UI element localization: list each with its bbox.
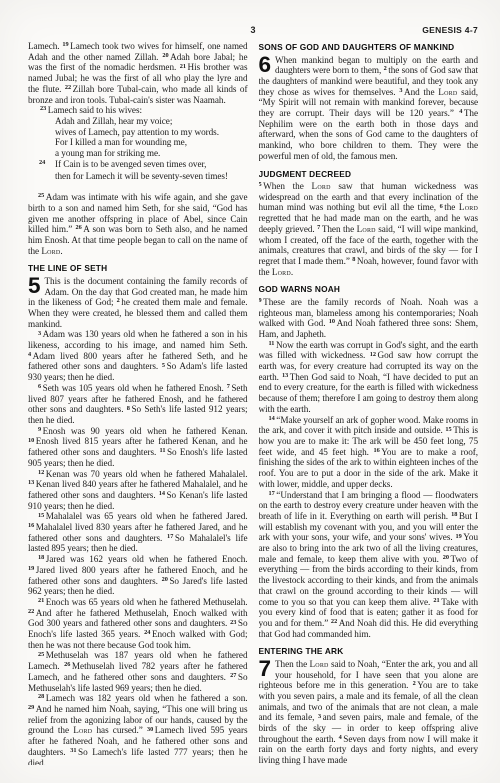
verse-number: 5 [162, 362, 165, 369]
verse-number: 8 [127, 405, 130, 412]
verse-number: 14 [159, 490, 165, 497]
verse-number: 20 [162, 576, 168, 583]
running-header: 3 GENESIS 4-7 [28, 24, 478, 36]
verse-number: 24 [144, 629, 150, 636]
verse-number: 11 [160, 447, 166, 454]
paragraph: 5When the Lord saw that human wickedness… [259, 181, 479, 277]
running-head-title: GENESIS 4-7 [422, 24, 478, 36]
poetry-line: For I killed a man for wounding me, [28, 137, 248, 148]
left-column: Lamech. 19Lamech took two wives for hims… [28, 41, 248, 765]
poetry-line: then for Lamech it will be seventy-seven… [28, 171, 248, 182]
poetry-line: Adah and Zillah, hear my voice; [28, 116, 248, 127]
paragraph: 12Kenan was 70 years old when he fathere… [28, 469, 248, 512]
verse-number: 27 [230, 672, 236, 679]
divine-name: Lord [73, 725, 92, 735]
verse-number: 17 [269, 490, 275, 497]
paragraph: 28Lamech was 182 years old when he fathe… [28, 693, 248, 765]
verse-number: 31 [70, 747, 76, 754]
verse-number: 18 [38, 554, 44, 561]
verse-number: 6 [440, 203, 443, 210]
paragraph: 14“Make yourself an ark of gopher wood. … [259, 415, 479, 490]
section-heading: SONS OF GOD AND DAUGHTERS OF MANKIND [259, 42, 479, 52]
verse-number: 16 [28, 522, 34, 529]
verse-number: 12 [38, 469, 44, 476]
chapter-number: 7 [259, 660, 271, 678]
verse-number: 12 [370, 351, 376, 358]
verse-number: 15 [445, 426, 451, 433]
text-columns: Lamech. 19Lamech took two wives for hims… [28, 41, 478, 765]
verse-number: 20 [443, 554, 449, 561]
verse-number: 23 [230, 619, 236, 626]
paragraph: 11Now the earth was corrupt in God's sig… [259, 340, 479, 415]
chapter-paragraph: 5This is the document containing the fam… [28, 276, 248, 330]
verse-number: 26 [75, 224, 81, 231]
verse-number: 21 [433, 597, 439, 604]
divine-name: Lord [357, 224, 376, 234]
poetry-line: 23Lamech said to his wives: [28, 105, 248, 116]
divine-name: Lord [459, 202, 478, 212]
chapter-number: 5 [28, 277, 40, 295]
verse-number: 4 [459, 108, 462, 115]
verse-number: 26 [64, 661, 70, 668]
verse-number: 9 [38, 426, 41, 433]
section-heading: THE LINE OF SETH [28, 263, 248, 273]
verse-number: 6 [38, 383, 41, 390]
verse-number: 20 [162, 52, 168, 59]
verse-number: 19 [62, 41, 68, 48]
paragraph: 15Mahalalel was 65 years old when he fat… [28, 511, 248, 554]
chapter-paragraph: 7Then the Lord said to Noah, “Enter the … [259, 659, 479, 765]
divine-name: Lord [310, 659, 329, 669]
verse-number: 2 [117, 297, 120, 304]
paragraph: Lamech. 19Lamech took two wives for hims… [28, 41, 248, 105]
poetry-block: 23Lamech said to his wives:Adah and Zill… [28, 105, 248, 182]
verse-number: 30 [147, 726, 153, 733]
verse-number: 21 [38, 597, 44, 604]
verse-number: 7 [317, 224, 320, 231]
verse-number: 22 [331, 618, 337, 625]
paragraph: 25Adam was intimate with his wife again,… [28, 192, 248, 256]
page-number: 3 [28, 24, 478, 36]
verse-number: 8 [352, 256, 355, 263]
paragraph: 6Seth was 105 years old when he fathered… [28, 383, 248, 426]
divine-name: Lord [272, 267, 291, 277]
paragraph: 3Adam was 130 years old when he fathered… [28, 329, 248, 383]
poetry-line: wives of Lamech, pay attention to my wor… [28, 127, 248, 138]
verse-number: 7 [227, 383, 230, 390]
verse-number: 29 [28, 704, 34, 711]
section-heading: JUDGMENT DECREED [259, 169, 479, 179]
verse-number: 2 [413, 680, 416, 687]
verse-number: 21 [180, 63, 186, 70]
verse-number: 10 [329, 318, 335, 325]
section-heading: GOD WARNS NOAH [259, 284, 479, 294]
verse-number: 17 [167, 533, 173, 540]
verse-number: 19 [455, 533, 461, 540]
section-heading: ENTERING THE ARK [259, 646, 479, 656]
divine-name: Lord [41, 246, 60, 256]
verse-number: 9 [259, 297, 262, 304]
verse-number: 23 [40, 105, 46, 112]
chapter-number: 6 [259, 56, 271, 74]
paragraph: 17“Understand that I am bringing a flood… [259, 490, 479, 640]
poetry-line: 24If Cain is to be avenged seven times o… [28, 159, 248, 172]
paragraph: 21Enoch was 65 years old when he fathere… [28, 597, 248, 651]
verse-number: 22 [65, 84, 71, 91]
verse-number: 18 [451, 511, 457, 518]
verse-number: 16 [373, 447, 379, 454]
bible-page: 3 GENESIS 4-7 Lamech. 19Lamech took two … [0, 0, 500, 783]
verse-number: 10 [28, 437, 34, 444]
chapter-paragraph: 6When mankind began to multiply on the e… [259, 55, 479, 162]
verse-number: 13 [28, 479, 34, 486]
verse-number: 4 [339, 734, 342, 741]
verse-number: 2 [384, 65, 387, 72]
verse-number: 14 [269, 415, 275, 422]
verse-number: 25 [38, 192, 44, 199]
verse-number: 3 [38, 330, 41, 337]
verse-number: 3 [399, 87, 402, 94]
verse-number: 4 [28, 351, 31, 358]
paragraph: 25Methuselah was 187 years old when he f… [28, 650, 248, 693]
verse-number: 28 [38, 693, 44, 700]
paragraph: 9Enosh was 90 years old when he fathered… [28, 426, 248, 469]
verse-number: 25 [38, 651, 44, 658]
divine-name: Lord [438, 87, 457, 97]
verse-number: 3 [318, 713, 321, 720]
verse-number: 15 [38, 512, 44, 519]
verse-number: 19 [28, 565, 34, 572]
paragraph: 18Jared was 162 years old when he father… [28, 554, 248, 597]
right-column: SONS OF GOD AND DAUGHTERS OF MANKIND6Whe… [259, 41, 479, 765]
verse-number: 22 [28, 608, 34, 615]
verse-number: 13 [282, 372, 288, 379]
verse-number: 24 [39, 158, 55, 169]
divine-name: Lord [312, 181, 331, 191]
verse-number: 5 [259, 181, 262, 188]
paragraph: 9These are the family records of Noah. N… [259, 297, 479, 340]
poetry-line: a young man for striking me. [28, 148, 248, 159]
verse-number: 11 [269, 340, 275, 347]
